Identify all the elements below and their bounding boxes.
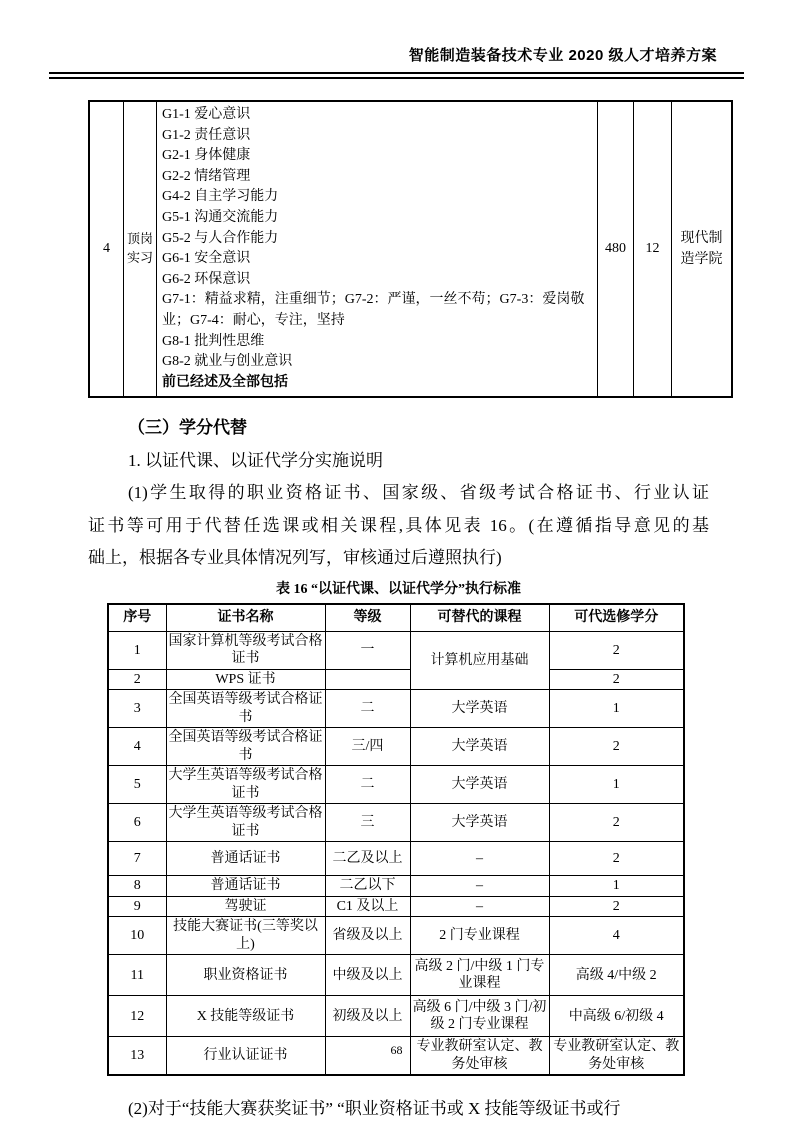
header-double-rule	[49, 72, 744, 79]
goal-line: G8-1 批判性思维	[162, 332, 593, 353]
cell-stage-label: 顶岗实习	[124, 101, 157, 397]
certificate-credit-table: 序号 证书名称 等级 可替代的课程 可代选修学分 1 国家计算机等级考试合格证书…	[107, 603, 685, 1077]
goal-line: G6-1 安全意识	[162, 249, 593, 270]
table-row: 3 全国英语等级考试合格证书 二 大学英语 1	[108, 690, 684, 728]
cell-course: 大学英语	[410, 690, 549, 728]
col-header-cert: 证书名称	[166, 604, 325, 632]
table-row: 12 X 技能等级证书 初级及以上 高级 6 门/中级 3 门/初级 2 门专业…	[108, 996, 684, 1037]
goal-summary-line: 前已经述及全部包括	[162, 373, 593, 394]
cell-course: 大学英语	[410, 804, 549, 842]
cell-level	[325, 669, 410, 690]
col-header-credit: 可代选修学分	[549, 604, 684, 632]
cell-level: 三	[325, 804, 410, 842]
cell-no: 1	[108, 631, 166, 669]
cell-level: C1 及以上	[325, 896, 410, 917]
cell-course: –	[410, 842, 549, 876]
internship-row: 4 顶岗实习 G1-1 爱心意识 G1-2 责任意识 G2-1 身体健康 G2-…	[89, 101, 732, 397]
header-title: 智能制造装备技术专业 2020 级人才培养方案	[88, 44, 717, 65]
cell-hours: 480	[598, 101, 634, 397]
cell-credit: 1	[549, 766, 684, 804]
cell-level: 省级及以上	[325, 917, 410, 955]
cell-course: 大学英语	[410, 766, 549, 804]
col-header-no: 序号	[108, 604, 166, 632]
cell-course: 2 门专业课程	[410, 917, 549, 955]
table16-caption: 表 16 “以证代课、以证代学分”执行标准	[88, 581, 709, 599]
cell-course: 高级 2 门/中级 1 门专业课程	[410, 955, 549, 996]
goal-line: G4-2 自主学习能力	[162, 187, 593, 208]
goal-line-g7: G7-1：精益求精，注重细节；G7-2：严谨，一丝不苟；G7-3：爱岗敬业；G7…	[162, 290, 593, 331]
cell-credit: 中高级 6/初级 4	[549, 996, 684, 1037]
goal-line: G6-2 环保意识	[162, 270, 593, 291]
cell-cert: 普通话证书	[166, 842, 325, 876]
table-row: 1 国家计算机等级考试合格证书 一 计算机应用基础 2	[108, 631, 684, 669]
goal-line: G1-1 爱心意识	[162, 105, 593, 126]
document-page: 智能制造装备技术专业 2020 级人才培养方案 4 顶岗实习 G1-1 爱心意识…	[0, 0, 793, 1122]
goal-line: G5-2 与人合作能力	[162, 229, 593, 250]
table-row: 6 大学生英语等级考试合格证书 三 大学英语 2	[108, 804, 684, 842]
cell-credit: 1	[549, 876, 684, 897]
table-row: 11 职业资格证书 中级及以上 高级 2 门/中级 1 门专业课程 高级 4/中…	[108, 955, 684, 996]
col-header-course: 可替代的课程	[410, 604, 549, 632]
cell-cert: 驾驶证	[166, 896, 325, 917]
cell-course: –	[410, 896, 549, 917]
table-row: 4 全国英语等级考试合格证书 三/四 大学英语 2	[108, 728, 684, 766]
section-subheading: 1. 以证代课、以证代学分实施说明	[88, 445, 709, 478]
paragraph-1-line-2: 证书等可用于代替任选课或相关课程,具体见表 16。(在遵循指导意见的基	[88, 510, 709, 543]
table-row: 2 WPS 证书 2	[108, 669, 684, 690]
internship-table: 4 顶岗实习 G1-1 爱心意识 G1-2 责任意识 G2-1 身体健康 G2-…	[88, 100, 733, 398]
cell-level: 二	[325, 766, 410, 804]
cell-course: 大学英语	[410, 728, 549, 766]
cell-no: 6	[108, 804, 166, 842]
cell-level: 一	[325, 631, 410, 669]
cell-quality-goals: G1-1 爱心意识 G1-2 责任意识 G2-1 身体健康 G2-2 情绪管理 …	[157, 101, 598, 397]
cell-credit: 2	[549, 631, 684, 669]
cell-cert: 全国英语等级考试合格证书	[166, 728, 325, 766]
cell-credit: 2	[549, 669, 684, 690]
section-text: （三）学分代替 1. 以证代课、以证代学分实施说明 (1)学生取得的职业资格证书…	[88, 412, 709, 575]
table-row: 10 技能大赛证书(三等奖以上) 省级及以上 2 门专业课程 4	[108, 917, 684, 955]
goal-line: G5-1 沟通交流能力	[162, 208, 593, 229]
cell-no: 10	[108, 917, 166, 955]
cell-cert: 大学生英语等级考试合格证书	[166, 766, 325, 804]
cell-no: 11	[108, 955, 166, 996]
cell-level: 二乙及以上	[325, 842, 410, 876]
table16-header-row: 序号 证书名称 等级 可替代的课程 可代选修学分	[108, 604, 684, 632]
paragraph-1-line-1: (1)学生取得的职业资格证书、国家级、省级考试合格证书、行业认证	[88, 477, 709, 510]
cell-no: 9	[108, 896, 166, 917]
section-heading: （三）学分代替	[88, 412, 709, 445]
cell-no: 8	[108, 876, 166, 897]
goal-line: G1-2 责任意识	[162, 126, 593, 147]
cell-credit: 2	[549, 728, 684, 766]
goal-line: G8-2 就业与创业意识	[162, 352, 593, 373]
cell-credits: 12	[634, 101, 672, 397]
cell-level: 中级及以上	[325, 955, 410, 996]
cell-no: 12	[108, 996, 166, 1037]
cell-no: 7	[108, 842, 166, 876]
table-row: 5 大学生英语等级考试合格证书 二 大学英语 1	[108, 766, 684, 804]
cell-cert: 国家计算机等级考试合格证书	[166, 631, 325, 669]
cell-level: 二	[325, 690, 410, 728]
col-header-level: 等级	[325, 604, 410, 632]
cell-cert: 大学生英语等级考试合格证书	[166, 804, 325, 842]
goal-line: G2-2 情绪管理	[162, 167, 593, 188]
cell-credit: 2	[549, 896, 684, 917]
cell-cert: X 技能等级证书	[166, 996, 325, 1037]
cell-cert: 技能大赛证书(三等奖以上)	[166, 917, 325, 955]
cell-no: 4	[108, 728, 166, 766]
cell-college: 现代制造学院	[672, 101, 733, 397]
cell-no: 5	[108, 766, 166, 804]
cell-credit: 2	[549, 842, 684, 876]
cell-course: –	[410, 876, 549, 897]
table-row: 7 普通话证书 二乙及以上 – 2	[108, 842, 684, 876]
internship-table-wrap: 4 顶岗实习 G1-1 爱心意识 G1-2 责任意识 G2-1 身体健康 G2-…	[88, 100, 709, 398]
goal-line: G2-1 身体健康	[162, 146, 593, 167]
cell-cert: 职业资格证书	[166, 955, 325, 996]
table-row: 8 普通话证书 二乙以下 – 1	[108, 876, 684, 897]
cell-row-number: 4	[89, 101, 124, 397]
paragraph-1-line-3: 础上，根据各专业具体情况列写，审核通过后遵照执行)	[88, 542, 709, 575]
cell-no: 3	[108, 690, 166, 728]
cell-credit: 2	[549, 804, 684, 842]
table-row: 9 驾驶证 C1 及以上 – 2	[108, 896, 684, 917]
cell-course: 高级 6 门/中级 3 门/初级 2 门专业课程	[410, 996, 549, 1037]
paragraph-2: (2)对于“技能大赛获奖证书” “职业资格证书或 X 技能等级证书或行	[88, 1093, 709, 1122]
cell-cert: WPS 证书	[166, 669, 325, 690]
cell-cert: 全国英语等级考试合格证书	[166, 690, 325, 728]
cell-credit: 4	[549, 917, 684, 955]
cell-cert: 普通话证书	[166, 876, 325, 897]
cell-course: 计算机应用基础	[410, 631, 549, 690]
cell-level: 三/四	[325, 728, 410, 766]
paragraph-2-wrap: (2)对于“技能大赛获奖证书” “职业资格证书或 X 技能等级证书或行	[88, 1093, 709, 1122]
page-number: 68	[0, 1043, 793, 1058]
cell-credit: 1	[549, 690, 684, 728]
cell-no: 2	[108, 669, 166, 690]
cell-level: 二乙以下	[325, 876, 410, 897]
cell-credit: 高级 4/中级 2	[549, 955, 684, 996]
cell-level: 初级及以上	[325, 996, 410, 1037]
